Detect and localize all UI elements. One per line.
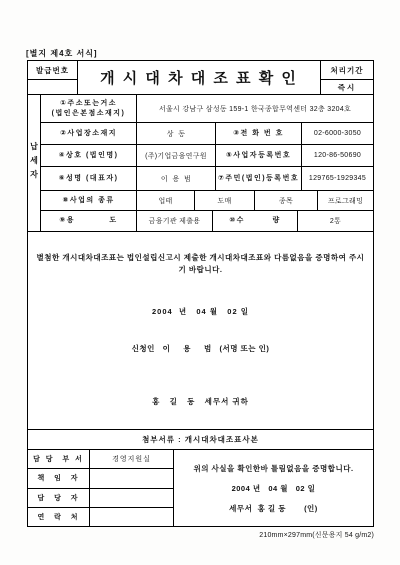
business-reg-no-value: 120-86-50690 (302, 145, 373, 166)
representative-row: ⑥성명 (대표자) 이 용 범 ⑦주민(법인)등록번호 129765-19293… (41, 167, 373, 191)
business-item-label: 종목 (255, 191, 318, 210)
form-title: 개 시 대 차 대 조 표 확 인 (78, 61, 321, 94)
processing-period-label: 처리기간 (321, 61, 373, 80)
phone-value: 02-6000-3050 (302, 123, 373, 144)
officer-value (90, 489, 173, 507)
company-name-label: ④상호 (법인명) (41, 145, 137, 166)
contact-label: 연 락 처 (28, 508, 90, 526)
form-reference: [별지 제4호 서식] (26, 48, 98, 59)
certification-date: 2004 년 04 월 02 일 (232, 483, 316, 494)
taxpayer-group-label: 납세자 (28, 95, 41, 231)
business-kind-label: 업태 (137, 191, 195, 210)
address-value: 서울시 강남구 삼성동 159-1 한국종합무역센터 32층 3204호 (137, 95, 373, 122)
issue-number-value (28, 80, 77, 94)
representative-name-value: 이 용 범 (137, 167, 216, 190)
workplace-row: ②사업장소재지 상 동 ③전 화 번 호 02-6000-3050 (41, 123, 373, 145)
quantity-value: 2통 (298, 211, 373, 231)
attachments-line: 첨부서류 : 개시대차대조표사본 (28, 430, 373, 450)
address-label: ①주소또는거소 (법인은본점소재지) (41, 95, 137, 122)
usage-value: 금융기관 제출용 (137, 211, 213, 231)
applicant-signature-line: 신청인 이 용 범 (서명 또는 인) (132, 343, 270, 354)
taxpayer-section: 납세자 ①주소또는거소 (법인은본점소재지) 서울시 강남구 삼성동 159-1… (28, 95, 373, 232)
issue-number-cell: 발급번호 (28, 61, 78, 94)
business-kind-value: 도매 (195, 191, 255, 210)
resident-reg-no-value: 129765-1929345 (302, 167, 373, 190)
table-row: 담 당 부 서 경영지원실 (28, 450, 173, 469)
supervisor-value (90, 469, 173, 487)
quantity-label: ⑩수 량 (213, 211, 298, 231)
certification-statement: 위의 사실을 확인한바 틀림없음을 증명합니다. (193, 463, 353, 474)
statement-area: 별첨한 개시대차대조표는 법인설립신고시 제출한 개시대차대조표와 다름없음을 … (28, 232, 373, 430)
company-row: ④상호 (법인명) (주)기업금융연구원 ⑤사업자등록번호 120-86-506… (41, 145, 373, 167)
phone-label: ③전 화 번 호 (216, 123, 302, 144)
paper-spec-note: 210mm×297mm(신문용지 54 g/m2) (259, 530, 374, 540)
workplace-label: ②사업장소재지 (41, 123, 137, 144)
representative-name-label: ⑥성명 (대표자) (41, 167, 137, 190)
usage-label: ⑨용 도 (41, 211, 137, 231)
department-label: 담 당 부 서 (28, 450, 90, 468)
processing-period-value: 즉시 (321, 80, 373, 94)
staff-table: 담 당 부 서 경영지원실 책 임 자 담 당 자 연 락 처 (28, 450, 174, 526)
officer-label: 담 당 자 (28, 489, 90, 507)
certification-signer: 세무서 홍 길 동 (인) (229, 503, 318, 514)
issue-number-label: 발급번호 (28, 61, 77, 80)
balance-sheet-confirmation-form: 발급번호 개 시 대 차 대 조 표 확 인 처리기간 즉시 납세자 ①주소또는… (27, 60, 374, 527)
supervisor-label: 책 임 자 (28, 469, 90, 487)
usage-row: ⑨용 도 금융기관 제출용 ⑩수 량 2통 (41, 211, 373, 231)
business-type-row: ⑧사업의 종류 업태 도매 종목 프로그래밍 (41, 191, 373, 211)
document-page: [별지 제4호 서식] 발급번호 개 시 대 차 대 조 표 확 인 처리기간 … (0, 0, 400, 565)
table-row: 연 락 처 (28, 508, 173, 526)
business-item-value: 프로그래밍 (318, 191, 373, 210)
processing-period-cell: 처리기간 즉시 (321, 61, 373, 94)
contact-value (90, 508, 173, 526)
table-row: 책 임 자 (28, 469, 173, 488)
tax-office-addressee: 홍 길 동 세무서 귀하 (152, 396, 249, 407)
certification-block: 담 당 부 서 경영지원실 책 임 자 담 당 자 연 락 처 위의 (28, 450, 373, 526)
table-row: 담 당 자 (28, 489, 173, 508)
address-row: ①주소또는거소 (법인은본점소재지) 서울시 강남구 삼성동 159-1 한국종… (41, 95, 373, 123)
company-name-value: (주)기업금융연구원 (137, 145, 216, 166)
business-reg-no-label: ⑤사업자등록번호 (216, 145, 302, 166)
certification-cell: 위의 사실을 확인한바 틀림없음을 증명합니다. 2004 년 04 월 02 … (174, 450, 373, 526)
resident-reg-no-label: ⑦주민(법인)등록번호 (216, 167, 302, 190)
business-type-label: ⑧사업의 종류 (41, 191, 137, 210)
workplace-value: 상 동 (137, 123, 216, 144)
confirmation-statement: 별첨한 개시대차대조표는 법인설립신고시 제출한 개시대차대조표와 다름없음을 … (35, 252, 366, 276)
form-header-row: 발급번호 개 시 대 차 대 조 표 확 인 처리기간 즉시 (28, 61, 373, 95)
request-date: 2004 년 04 월 02 일 (152, 306, 249, 317)
department-value: 경영지원실 (90, 450, 173, 468)
